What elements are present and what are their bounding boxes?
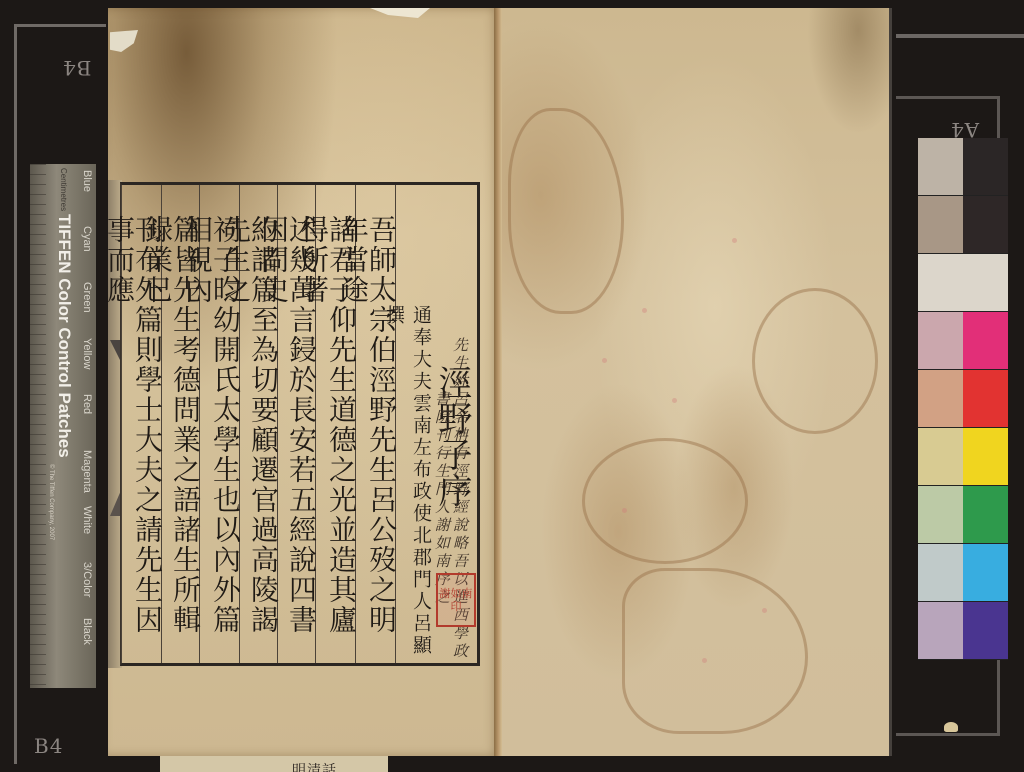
color-label: Red xyxy=(81,394,93,450)
patch xyxy=(963,428,1008,486)
text-column-6: 篇皆先生考德問業之語諸生所輯録業已 xyxy=(161,185,199,663)
board-label-top-left: B4 xyxy=(62,56,91,80)
patch-row xyxy=(918,486,1008,544)
tiffen-product: Color Control Patches xyxy=(55,278,74,457)
tiffen-copyright: © The Tiffen Company, 2007 xyxy=(48,464,54,540)
right-page xyxy=(502,8,892,756)
patch xyxy=(963,370,1008,428)
foxing-spot xyxy=(702,658,707,663)
tiffen-brand: TIFFEN xyxy=(55,214,74,274)
patch xyxy=(918,254,963,312)
patch xyxy=(918,196,963,254)
text-column-3: 述幾萬言鋟於長安若五經說四書因問史 xyxy=(277,185,315,663)
color-label: Blue xyxy=(81,170,93,226)
patch xyxy=(963,602,1008,660)
patch xyxy=(963,138,1008,196)
patch-row xyxy=(918,196,1008,254)
patch-row xyxy=(918,138,1008,196)
text-column-2: 諸君子仰先生道德之光並造其廬得所著 xyxy=(315,185,355,663)
water-stain xyxy=(508,108,624,314)
color-label: Green xyxy=(81,282,93,338)
patch xyxy=(963,486,1008,544)
color-labels: Blue Cyan Green Yellow Red Magenta White… xyxy=(81,170,93,690)
patch xyxy=(963,196,1008,254)
foxing-spot xyxy=(622,508,627,513)
text-column-1: 吾師太宗伯涇野先生呂公歿之明年當途 xyxy=(355,185,395,663)
patch xyxy=(918,486,963,544)
patch-row xyxy=(918,370,1008,428)
underlying-page-strip xyxy=(160,756,388,772)
book-gutter xyxy=(494,8,502,756)
ruler-units-label: Centimetres xyxy=(59,168,68,211)
centimetre-ruler xyxy=(30,164,46,688)
color-label: Cyan xyxy=(81,226,93,282)
water-stain xyxy=(582,438,748,564)
underlying-page-text: 明清話 xyxy=(292,760,337,772)
patch xyxy=(918,138,963,196)
patch-row xyxy=(918,544,1008,602)
printed-text-block: 涇野子序 先生姓呂名柟有涇野經說略吾以進西學政 書院刊行生門人謝如南序之 通奉大… xyxy=(120,182,480,666)
foxing-spot xyxy=(762,608,767,613)
text-column-4: 約諸篇至為切要顧遷官過高陵謁先生之 xyxy=(239,185,277,663)
color-label: Magenta xyxy=(81,450,93,506)
text-column-7: 刊布外篇則學士大夫之請先生因事而應 xyxy=(121,185,161,663)
patch xyxy=(918,544,963,602)
board-frame-right-top xyxy=(896,34,1024,38)
foxing-spot xyxy=(732,238,737,243)
patch-row xyxy=(918,428,1008,486)
patch xyxy=(918,602,963,660)
author-line: 通奉大夫雲南左布政使北郡門人呂顯撰 xyxy=(395,185,435,663)
color-patch-chart xyxy=(918,138,1008,660)
water-stain xyxy=(752,288,878,434)
paper-chip xyxy=(944,722,958,732)
text-column-5: 祠子昀幼開氏太學生也以內外篇相視內 xyxy=(199,185,239,663)
color-label: Yellow xyxy=(81,338,93,394)
color-label: White xyxy=(81,506,93,562)
patch xyxy=(918,370,963,428)
patch xyxy=(963,312,1008,370)
tiffen-color-control-strip: Centimetres Blue Cyan Green Yellow Red M… xyxy=(30,164,96,688)
foxing-spot xyxy=(642,308,647,313)
color-label: 3/Color xyxy=(81,562,93,618)
patch xyxy=(963,544,1008,602)
patch xyxy=(918,312,963,370)
patch-row xyxy=(918,312,1008,370)
patch-row xyxy=(918,254,1008,312)
patch xyxy=(918,428,963,486)
water-stain xyxy=(622,568,808,734)
color-label: Black xyxy=(81,618,93,658)
red-seal-stamp: 謝如南印 xyxy=(436,573,476,627)
foxing-spot xyxy=(602,358,607,363)
patch xyxy=(963,254,1008,312)
tiffen-title: TIFFEN Color Control Patches xyxy=(54,214,74,458)
board-label-bottom-left: B4 xyxy=(34,734,63,758)
foxing-spot xyxy=(672,398,677,403)
patch-row xyxy=(918,602,1008,660)
